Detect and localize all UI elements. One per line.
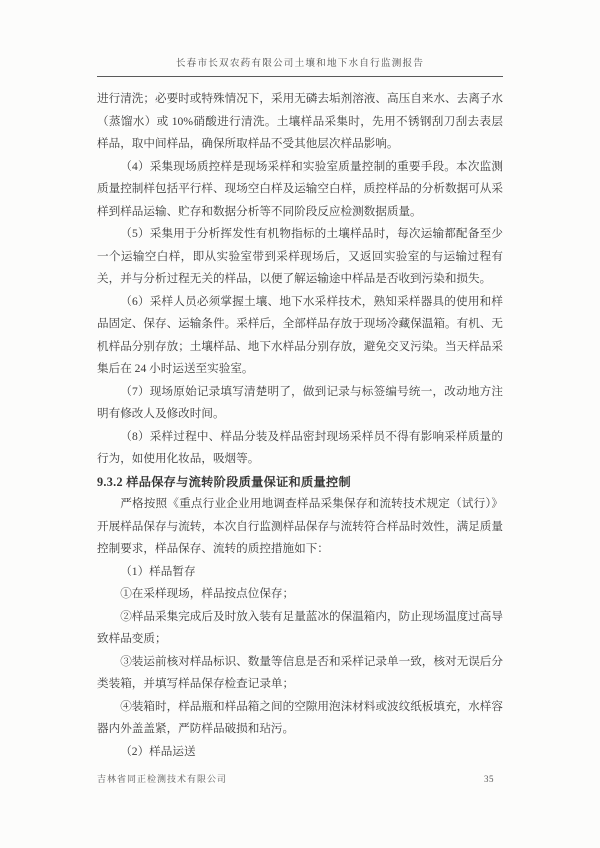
para-step-3-check: ③装运前核对样品标识、数量等信息是否和采样记录单一致，核对无误后分类装箱，并填写… xyxy=(97,651,503,696)
para-item-5-transport-blank: （5）采集用于分析挥发性有机物指标的土壤样品时，每次运输都配备至少一个运输空白样… xyxy=(97,223,503,291)
page-footer: 吉林省同正检测技术有限公司 35 xyxy=(97,772,503,785)
para-item-8-behavior: （8）采样过程中、样品分装及样品密封现场采样员不得有影响采样质量的行为，如使用化… xyxy=(97,426,503,471)
section-heading-9-3-2: 9.3.2 样品保存与流转阶段质量保证和质量控制 xyxy=(97,471,503,494)
para-item-1-temp-storage: （1）样品暂存 xyxy=(97,561,503,584)
para-item-4-qc-samples: （4）采集现场质控样是现场采样和实验室质量控制的重要手段。本次监测质量控制样包括… xyxy=(97,156,503,224)
page-header: 长春市长双农药有限公司土壤和地下水自行监测报告 xyxy=(97,57,503,77)
para-item-2-transport: （2）样品运送 xyxy=(97,741,503,764)
para-item-7-records: （7）现场原始记录填写清楚明了，做到记录与标签编号统一，改动地方注明有修改人及修… xyxy=(97,381,503,426)
footer-page-number: 35 xyxy=(484,774,503,784)
para-storage-intro: 严格按照《重点行业企业用地调查样品采集保存和流转技术规定（试行）》开展样品保存与… xyxy=(97,493,503,561)
para-step-4-packing: ④装箱时，样品瓶和样品箱之间的空隙用泡沫材料或波纹纸板填充，水样容器内外盖盖紧，… xyxy=(97,696,503,741)
para-item-6-sampling-staff: （6）采样人员必须掌握土壤、地下水采样技术，熟知采样器具的使用和样品固定、保存、… xyxy=(97,291,503,381)
page-body: 进行清洗；必要时或特殊情况下，采用无磷去垢剂溶液、高压自来水、去离子水（蒸馏水）… xyxy=(97,88,503,763)
header-rule xyxy=(97,76,503,77)
para-step-1-onsite: ①在采样现场，样品按点位保存； xyxy=(97,583,503,606)
running-head-title: 长春市长双农药有限公司土壤和地下水自行监测报告 xyxy=(97,57,503,70)
report-page: 长春市长双农药有限公司土壤和地下水自行监测报告 进行清洗；必要时或特殊情况下，采… xyxy=(0,0,600,848)
para-cleaning-continuation: 进行清洗；必要时或特殊情况下，采用无磷去垢剂溶液、高压自来水、去离子水（蒸馏水）… xyxy=(97,88,503,156)
footer-company-name: 吉林省同正检测技术有限公司 xyxy=(97,772,227,785)
para-step-2-cooler: ②样品采集完成后及时放入装有足量蓝冰的保温箱内，防止现场温度过高导致样品变质； xyxy=(97,606,503,651)
